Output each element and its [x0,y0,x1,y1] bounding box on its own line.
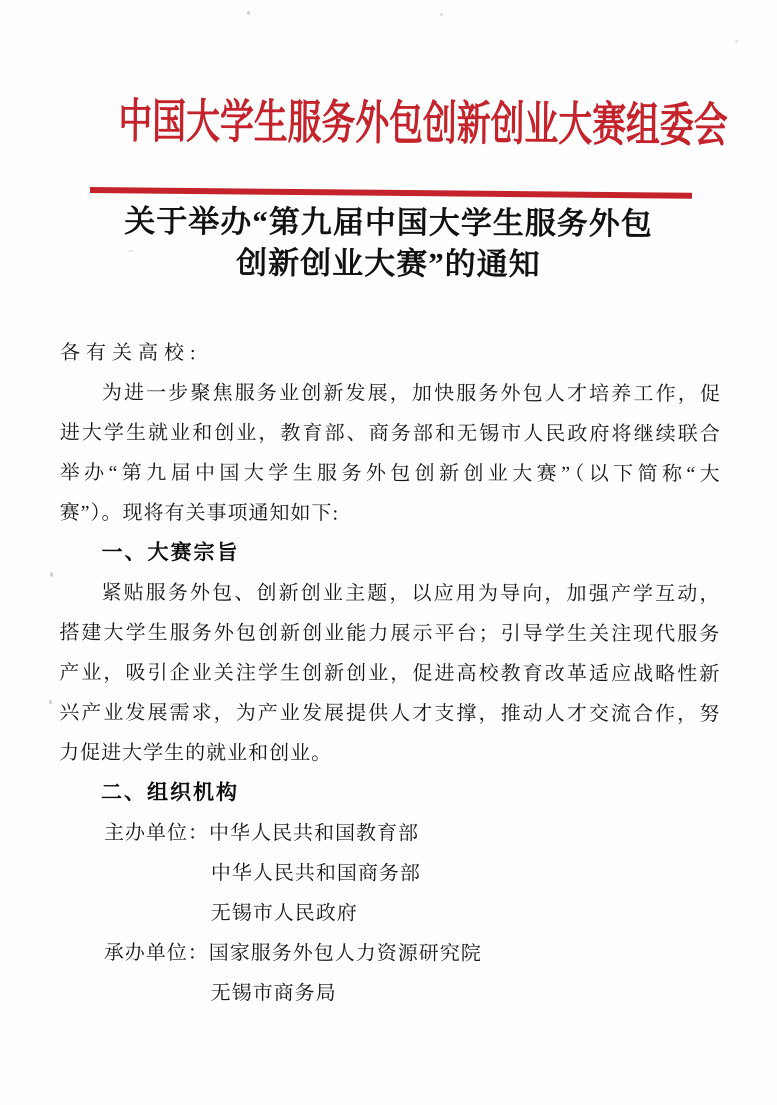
organizer-unit-line: 承办单位：国家服务外包人力资源研究院 [59,933,719,974]
paragraph-1-line-4: 赛”）。现将有关事项通知如下: [60,493,720,534]
paragraph-2-line-2: 搭建大学生服务外包创新创业能力展示平台；引导学生关注现代服务 [59,613,719,654]
paragraph-1-line-2: 进大学生就业和创业，教育部、商务部和无锡市人民政府将继续联合 [60,413,720,454]
paragraph-2-line-5: 力促进大学生的就业和创业。 [59,733,719,774]
paragraph-1-line-1: 为进一步聚焦服务业创新发展，加快服务外包人才培养工作，促 [60,373,720,414]
paragraph-1-line-3: 举办“第九届中国大学生服务外包创新创业大赛”（以下简称“大 [60,453,720,494]
organizer-unit-continuation: 无锡市商务局 [59,973,719,1014]
scan-speck [247,11,250,15]
section-heading-1: 一、大赛宗旨 [59,533,719,574]
scanned-notice-document: 中国大学生服务外包创新创业大赛组委会 关于举办“第九届中国大学生服务外包 创新创… [0,0,777,1105]
paragraph-2-line-1: 紧贴服务外包、创新创业主题，以应用为导向，加强产学互动， [59,573,719,614]
document-title-line-2: 创新创业大赛”的通知 [0,241,777,286]
letterhead-text: 中国大学生服务外包创新创业大赛组委会 [118,92,728,156]
letterhead-rule [90,187,692,199]
paragraph-2-line-3: 产业，吸引企业关注学生创新创业，促进高校教育改革适应战略性新 [59,653,719,694]
scan-speck [735,40,738,43]
document-title: 关于举办“第九届中国大学生服务外包 创新创业大赛”的通知 [0,200,777,286]
scan-speck [49,700,52,704]
scan-speck [440,13,443,16]
letterhead: 中国大学生服务外包创新创业大赛组委会 [0,91,777,156]
paragraph-2-line-4: 兴产业发展需求，为产业发展提供人才支撑，推动人才交流合作，努 [59,693,719,734]
document-body: 各有关高校: 为进一步聚焦服务业创新发展，加快服务外包人才培养工作，促 进大学生… [59,333,720,1014]
salutation: 各有关高校: [60,333,720,374]
host-unit-continuation-1: 中华人民共和国商务部 [59,853,719,894]
host-unit-continuation-2: 无锡市人民政府 [59,893,719,934]
scan-speck [50,572,53,577]
host-unit-line: 主办单位：中华人民共和国教育部 [59,813,719,854]
document-title-line-1: 关于举办“第九届中国大学生服务外包 [0,200,777,245]
section-heading-2: 二、组织机构 [59,773,719,814]
